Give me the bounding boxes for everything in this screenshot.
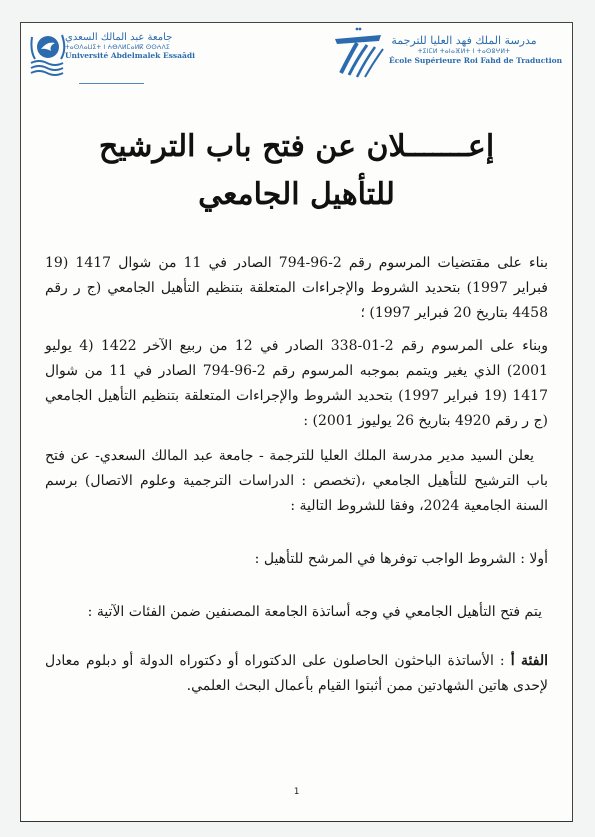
announcement-body: بناء على مقتضيات المرسوم رقم 2-96-794 ال… (45, 251, 548, 699)
page-title: إعـــــــلان عن فتح باب الترشيح للتأهيل … (21, 123, 572, 219)
announcement-paragraph: يعلن السيد مدير مدرسة الملك العليا للترج… (45, 444, 548, 519)
page-number: 1 (21, 787, 572, 797)
school-name-french: École Supérieure Roi Fahd de Traduction (389, 57, 562, 65)
dove-globe-waves-icon (29, 31, 69, 81)
logo-divider (79, 83, 144, 84)
category-a-label: الفئة أ (511, 653, 548, 669)
eligibility-paragraph: يتم فتح التأهيل الجامعي في وجه أساتذة ال… (45, 600, 548, 625)
university-name-french: Université Abdelmalek Essaâdi (65, 52, 195, 60)
title-line-1: إعـــــــلان عن فتح باب الترشيح (21, 123, 572, 171)
university-logo: جامعة عبد المالك السعدي ⵜⴰⵙⴷⴰⵡⵉⵜ ⵏ ⵄⴱⴷⵍⵎ… (29, 31, 199, 91)
category-a-paragraph: الفئة أ : الأساتذة الباحثون الحاصلون على… (45, 649, 548, 699)
school-name-tifinagh: ⵜⵉⵏⵎⵍ ⵜⴰⵏⴰⴼⵍⵜ ⵏ ⵜⴰⵙⵓⵖⵍⵜ (389, 49, 539, 55)
stylized-t-waves-icon (331, 25, 391, 81)
school-logo: مدرسة الملك فهد العليا للترجمة ⵜⵉⵏⵎⵍ ⵜⴰⵏ… (331, 25, 576, 85)
decree-paragraph-2: وبناء على المرسوم رقم 2-01-338 الصادر في… (45, 334, 548, 434)
title-line-2: للتأهيل الجامعي (21, 171, 572, 219)
school-name-arabic: مدرسة الملك فهد العليا للترجمة (389, 35, 539, 46)
category-a-text: : الأساتذة الباحثون الحاصلون على الدكتور… (45, 653, 548, 694)
decree-paragraph-1: بناء على مقتضيات المرسوم رقم 2-96-794 ال… (45, 251, 548, 326)
section-heading-conditions: أولا : الشروط الواجب توفرها في المرشح لل… (45, 547, 548, 572)
university-name-arabic: جامعة عبد المالك السعدي (65, 33, 175, 43)
document-page: جامعة عبد المالك السعدي ⵜⴰⵙⴷⴰⵡⵉⵜ ⵏ ⵄⴱⴷⵍⵎ… (20, 22, 573, 822)
